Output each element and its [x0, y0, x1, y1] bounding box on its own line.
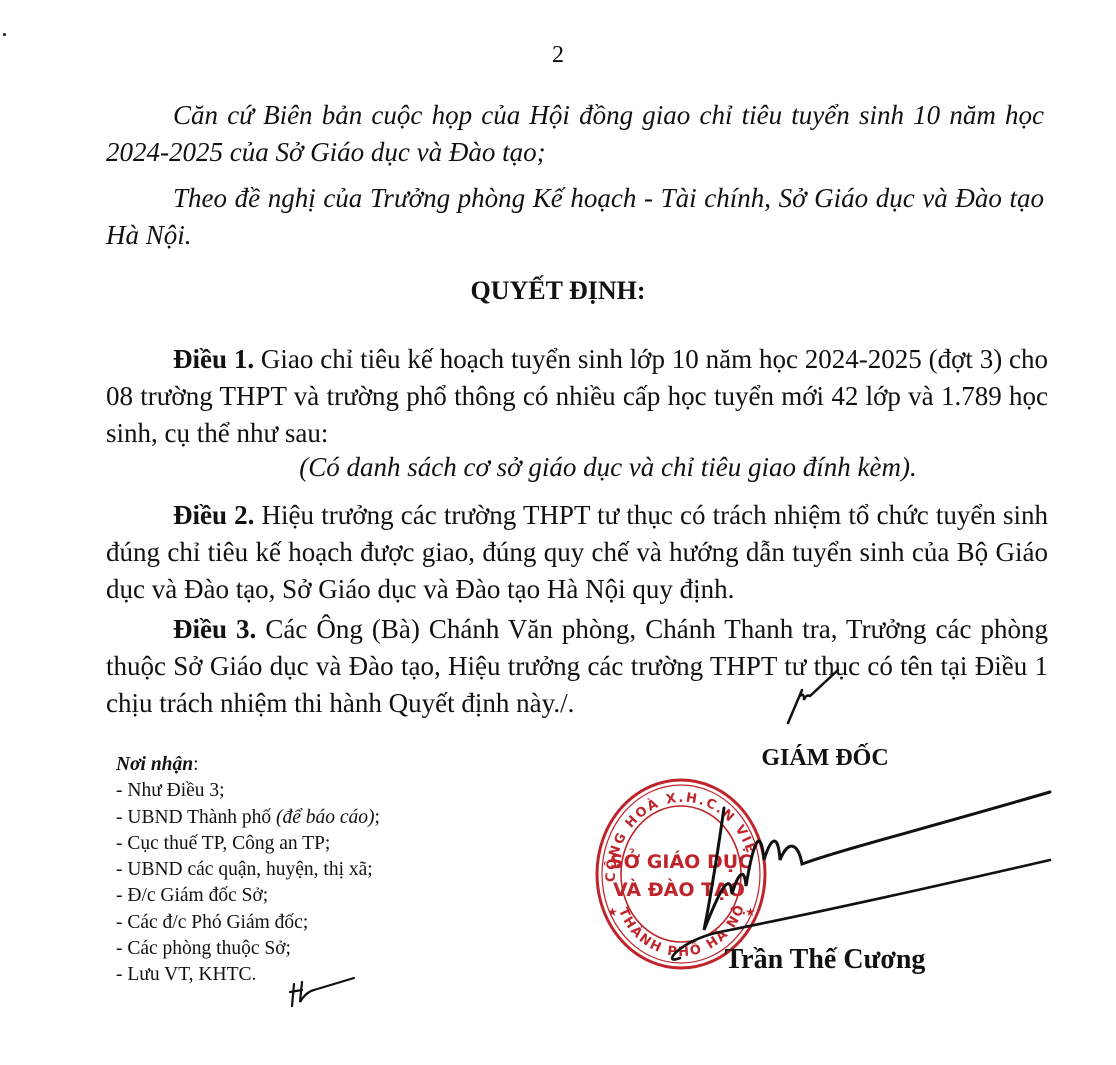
article-2: Điều 2. Hiệu trưởng các trường THPT tư t… [106, 497, 1048, 608]
article-1-label: Điều 1. [173, 344, 254, 374]
clerk-initials-icon [288, 972, 358, 1012]
recipient-item: - Đ/c Giám đốc Sở; [116, 883, 516, 909]
decision-heading: QUYẾT ĐỊNH: [0, 276, 1116, 306]
recipient-item: - Các đ/c Phó Giám đốc; [116, 910, 516, 936]
recipient-item: - Các phòng thuộc Sở; [116, 936, 516, 962]
initials-mark-icon [780, 668, 840, 728]
article-3: Điều 3. Các Ông (Bà) Chánh Văn phòng, Ch… [106, 611, 1048, 722]
preamble-proposal-paragraph: Theo đề nghị của Trưởng phòng Kế hoạch -… [106, 180, 1044, 254]
article-1-attachment-note: (Có danh sách cơ sở giáo dục và chỉ tiêu… [0, 452, 1116, 483]
page-number: 2 [0, 42, 1116, 69]
recipients-title: Nơi nhận [116, 754, 193, 775]
recipient-item: - UBND Thành phố (để báo cáo); [116, 805, 516, 831]
article-2-label: Điều 2. [173, 500, 254, 530]
signer-title: GIÁM ĐỐC [700, 745, 950, 772]
scan-speck [3, 33, 6, 36]
article-3-label: Điều 3. [173, 614, 256, 644]
signer-name: Trần Thế Cương [650, 944, 1000, 976]
recipient-item: - UBND các quận, huyện, thị xã; [116, 857, 516, 883]
director-signature-icon [660, 790, 1060, 970]
svg-text:★: ★ [607, 905, 618, 919]
recipients-block: Nơi nhận: - Như Điều 3; - UBND Thành phố… [116, 752, 516, 989]
recipient-item: - Cục thuế TP, Công an TP; [116, 831, 516, 857]
recipient-item: - Như Điều 3; [116, 778, 516, 804]
article-1: Điều 1. Giao chỉ tiêu kế hoạch tuyển sin… [106, 341, 1048, 452]
preamble-basis-paragraph: Căn cứ Biên bản cuộc họp của Hội đồng gi… [106, 97, 1044, 171]
